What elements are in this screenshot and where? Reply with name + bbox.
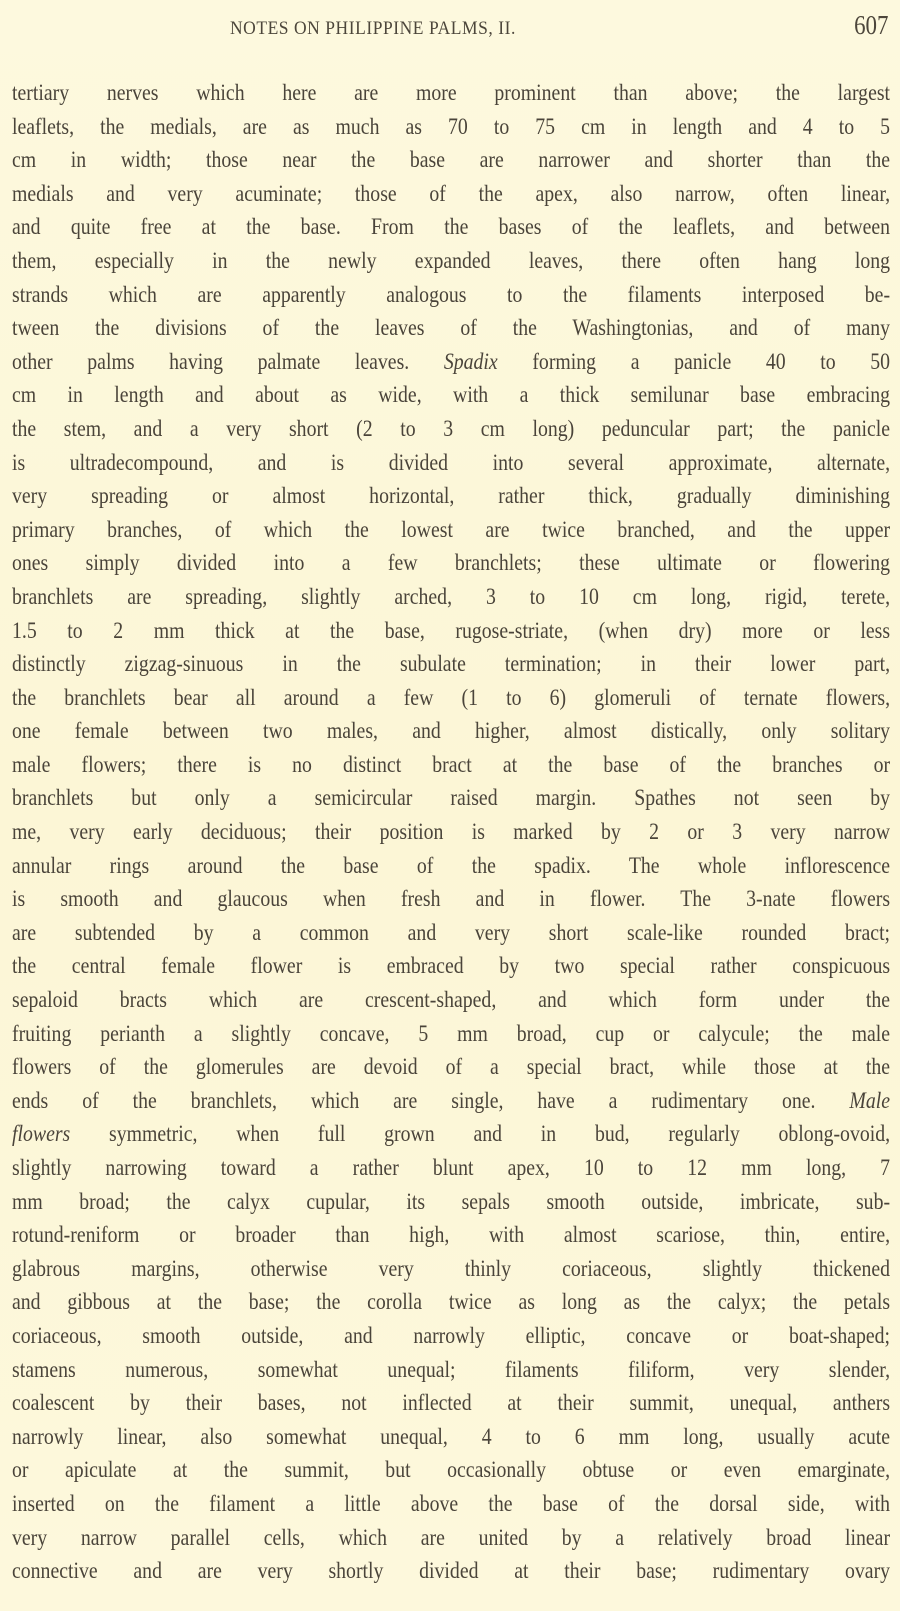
text-run: the central female flower is embraced by… bbox=[12, 953, 890, 978]
text-line: branchlets are spreading, slightly arche… bbox=[12, 580, 890, 614]
text-run: them, especially in the newly expanded l… bbox=[12, 248, 890, 273]
text-run: medials and very acuminate; those of the… bbox=[12, 181, 890, 206]
text-line: cm in length and about as wide, with a t… bbox=[12, 378, 890, 412]
text-run: and gibbous at the base; the corolla twi… bbox=[12, 1289, 890, 1314]
italic-term: flowers bbox=[12, 1121, 70, 1146]
text-run: primary branches, of which the lowest ar… bbox=[12, 517, 890, 542]
text-line: medials and very acuminate; those of the… bbox=[12, 177, 890, 211]
text-run: glabrous margins, otherwise very thinly … bbox=[12, 1256, 890, 1281]
text-run: strands which are apparently analogous t… bbox=[12, 282, 890, 307]
text-run: rotund-reniform or broader than high, wi… bbox=[12, 1222, 890, 1247]
text-run: flowers of the glomerules are devoid of … bbox=[12, 1054, 890, 1079]
page-number: 607 bbox=[854, 10, 888, 41]
text-line: branchlets but only a semicircular raise… bbox=[12, 781, 890, 815]
text-run: ends of the branchlets, which are single… bbox=[12, 1088, 849, 1113]
text-line: annular rings around the base of the spa… bbox=[12, 849, 890, 883]
text-run: leaflets, the medials, are as much as 70… bbox=[12, 114, 890, 139]
text-run: other palms having palmate leaves. bbox=[12, 349, 444, 374]
text-run: cm in length and about as wide, with a t… bbox=[12, 382, 890, 407]
text-run: coriaceous, smooth outside, and narrowly… bbox=[12, 1323, 890, 1348]
body-text: tertiary nerves which here are more prom… bbox=[12, 76, 890, 1588]
text-run: branchlets are spreading, slightly arche… bbox=[12, 584, 890, 609]
text-line: distinctly zigzag-sinuous in the subulat… bbox=[12, 647, 890, 681]
text-run: are subtended by a common and very short… bbox=[12, 920, 890, 945]
text-line: flowers symmetric, when full grown and i… bbox=[12, 1117, 890, 1151]
text-run: the stem, and a very short (2 to 3 cm lo… bbox=[12, 416, 890, 441]
text-line: narrowly linear, also somewhat unequal, … bbox=[12, 1420, 890, 1454]
text-run: male flowers; there is no distinct bract… bbox=[12, 752, 890, 777]
text-line: me, very early deciduous; their position… bbox=[12, 815, 890, 849]
text-run: stamens numerous, somewhat unequal; fila… bbox=[12, 1357, 890, 1382]
text-line: strands which are apparently analogous t… bbox=[12, 278, 890, 312]
text-run: tertiary nerves which here are more prom… bbox=[12, 80, 890, 105]
text-run: annular rings around the base of the spa… bbox=[12, 853, 890, 878]
text-line: tween the divisions of the leaves of the… bbox=[12, 311, 890, 345]
text-line: flowers of the glomerules are devoid of … bbox=[12, 1050, 890, 1084]
text-line: tertiary nerves which here are more prom… bbox=[12, 76, 890, 110]
text-line: mm broad; the calyx cupular, its sepals … bbox=[12, 1185, 890, 1219]
text-line: the central female flower is embraced by… bbox=[12, 949, 890, 983]
text-line: very narrow parallel cells, which are un… bbox=[12, 1521, 890, 1555]
text-line: and quite free at the base. From the bas… bbox=[12, 210, 890, 244]
text-line: very spreading or almost horizontal, rat… bbox=[12, 479, 890, 513]
text-run: symmetric, when full grown and in bud, r… bbox=[70, 1121, 890, 1146]
text-line: ones simply divided into a few branchlet… bbox=[12, 546, 890, 580]
text-line: the stem, and a very short (2 to 3 cm lo… bbox=[12, 412, 890, 446]
text-line: male flowers; there is no distinct bract… bbox=[12, 748, 890, 782]
text-run: inserted on the filament a little above … bbox=[12, 1491, 890, 1516]
book-page: NOTES ON PHILIPPINE PALMS, II. 607 terti… bbox=[0, 0, 900, 1611]
text-run: distinctly zigzag-sinuous in the subulat… bbox=[12, 651, 890, 676]
text-run: forming a panicle 40 to 50 bbox=[498, 349, 890, 374]
text-line: 1.5 to 2 mm thick at the base, rugose-st… bbox=[12, 614, 890, 648]
text-run: and quite free at the base. From the bas… bbox=[12, 214, 890, 239]
text-run: slightly narrowing toward a rather blunt… bbox=[12, 1155, 890, 1180]
text-run: sepaloid bracts which are crescent-shape… bbox=[12, 987, 890, 1012]
text-run: very narrow parallel cells, which are un… bbox=[12, 1525, 890, 1550]
text-line: sepaloid bracts which are crescent-shape… bbox=[12, 983, 890, 1017]
text-line: or apiculate at the summit, but occasion… bbox=[12, 1453, 890, 1487]
text-line: rotund-reniform or broader than high, wi… bbox=[12, 1218, 890, 1252]
running-title: NOTES ON PHILIPPINE PALMS, II. bbox=[230, 18, 516, 40]
text-line: fruiting perianth a slightly concave, 5 … bbox=[12, 1017, 890, 1051]
text-run: is smooth and glaucous when fresh and in… bbox=[12, 886, 890, 911]
text-line: the branchlets bear all around a few (1 … bbox=[12, 681, 890, 715]
text-line: inserted on the filament a little above … bbox=[12, 1487, 890, 1521]
text-run: very spreading or almost horizontal, rat… bbox=[12, 483, 890, 508]
italic-term: Spadix bbox=[444, 349, 498, 374]
text-line: leaflets, the medials, are as much as 70… bbox=[12, 110, 890, 144]
text-line: is ultradecompound, and is divided into … bbox=[12, 446, 890, 480]
text-run: 1.5 to 2 mm thick at the base, rugose-st… bbox=[12, 618, 890, 643]
text-line: them, especially in the newly expanded l… bbox=[12, 244, 890, 278]
text-line: one female between two males, and higher… bbox=[12, 714, 890, 748]
running-head: NOTES ON PHILIPPINE PALMS, II. 607 bbox=[0, 10, 900, 50]
text-line: stamens numerous, somewhat unequal; fila… bbox=[12, 1353, 890, 1387]
text-line: coalescent by their bases, not inflected… bbox=[12, 1386, 890, 1420]
text-line: slightly narrowing toward a rather blunt… bbox=[12, 1151, 890, 1185]
text-run: the branchlets bear all around a few (1 … bbox=[12, 685, 890, 710]
text-line: coriaceous, smooth outside, and narrowly… bbox=[12, 1319, 890, 1353]
text-run: is ultradecompound, and is divided into … bbox=[12, 450, 890, 475]
text-line: ends of the branchlets, which are single… bbox=[12, 1084, 890, 1118]
text-run: mm broad; the calyx cupular, its sepals … bbox=[12, 1189, 890, 1214]
text-line: cm in width; those near the base are nar… bbox=[12, 143, 890, 177]
text-line: is smooth and glaucous when fresh and in… bbox=[12, 882, 890, 916]
text-run: me, very early deciduous; their position… bbox=[12, 819, 890, 844]
text-run: cm in width; those near the base are nar… bbox=[12, 147, 890, 172]
text-line: glabrous margins, otherwise very thinly … bbox=[12, 1252, 890, 1286]
text-run: connective and are very shortly divided … bbox=[12, 1558, 890, 1583]
text-run: coalescent by their bases, not inflected… bbox=[12, 1390, 890, 1415]
text-line: are subtended by a common and very short… bbox=[12, 916, 890, 950]
text-run: fruiting perianth a slightly concave, 5 … bbox=[12, 1021, 890, 1046]
text-run: narrowly linear, also somewhat unequal, … bbox=[12, 1424, 890, 1449]
text-run: one female between two males, and higher… bbox=[12, 718, 890, 743]
text-line: primary branches, of which the lowest ar… bbox=[12, 513, 890, 547]
text-run: tween the divisions of the leaves of the… bbox=[12, 315, 890, 340]
text-line: other palms having palmate leaves. Spadi… bbox=[12, 345, 890, 379]
text-line: connective and are very shortly divided … bbox=[12, 1554, 890, 1588]
italic-term: Male bbox=[849, 1088, 890, 1113]
text-run: ones simply divided into a few branchlet… bbox=[12, 550, 890, 575]
text-line: and gibbous at the base; the corolla twi… bbox=[12, 1285, 890, 1319]
text-run: or apiculate at the summit, but occasion… bbox=[12, 1457, 890, 1482]
text-run: branchlets but only a semicircular raise… bbox=[12, 785, 890, 810]
